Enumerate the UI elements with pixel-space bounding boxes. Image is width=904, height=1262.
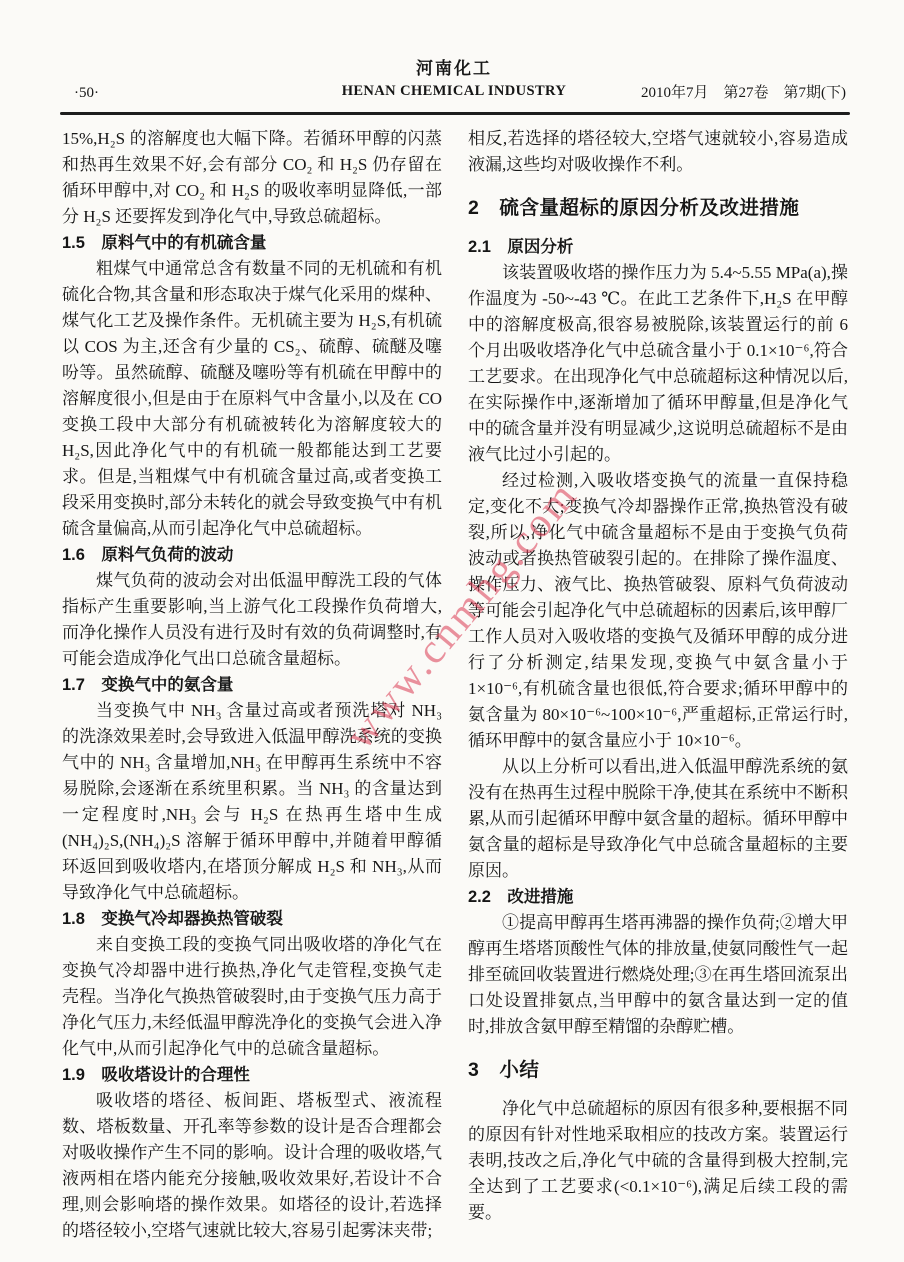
section-heading-2: 2 硫含量超标的原因分析及改进措施 — [468, 195, 848, 221]
paragraph: 当变换气中 NH₃ 含量过高或者预洗塔对 NH₃ 的洗涤效果差时,会导致进入低温… — [62, 698, 442, 906]
section-heading-1-5: 1.5 原料气中的有机硫含量 — [62, 230, 442, 256]
right-column: 相反,若选择的塔径较大,空塔气速就较小,容易造成液漏,这些均对吸收操作不利。 2… — [468, 126, 848, 1244]
paragraph: 经过检测,入吸收塔变换气的流量一直保持稳定,变化不大;变换气冷却器操作正常,换热… — [468, 468, 848, 754]
article-body: 15%,H₂S 的溶解度也大幅下降。若循环甲醇的闪蒸和热再生效果不好,会有部分 … — [62, 126, 848, 1244]
section-heading-2-1: 2.1 原因分析 — [468, 234, 848, 260]
paragraph: 相反,若选择的塔径较大,空塔气速就较小,容易造成液漏,这些均对吸收操作不利。 — [468, 126, 848, 178]
issue-info: 2010年7月 第27卷 第7期(下) — [641, 81, 846, 102]
journal-title-cn: 河南化工 — [62, 54, 846, 79]
paragraph: 煤气负荷的波动会对出低温甲醇洗工段的气体指标产生重要影响,当上游气化工段操作负荷… — [62, 568, 442, 672]
paragraph: 来自变换工段的变换气同出吸收塔的净化气在变换气冷却器中进行换热,净化气走管程,变… — [62, 932, 442, 1062]
section-heading-1-8: 1.8 变换气冷却器换热管破裂 — [62, 906, 442, 932]
journal-scan-page: ·50· 河南化工 HENAN CHEMICAL INDUSTRY 2010年7… — [0, 0, 904, 1262]
paragraph: 从以上分析可以看出,进入低温甲醇洗系统的氨没有在热再生过程中脱除干净,使其在系统… — [468, 754, 848, 884]
paragraph: 吸收塔的塔径、板间距、塔板型式、液流程数、塔板数量、开孔率等参数的设计是否合理都… — [62, 1088, 442, 1244]
section-heading-1-6: 1.6 原料气负荷的波动 — [62, 542, 442, 568]
section-heading-3: 3 小结 — [468, 1057, 848, 1083]
section-heading-1-9: 1.9 吸收塔设计的合理性 — [62, 1062, 442, 1088]
paragraph: 粗煤气中通常总含有数量不同的无机硫和有机硫化合物,其含量和形态取决于煤气化采用的… — [62, 256, 442, 542]
paragraph: 15%,H₂S 的溶解度也大幅下降。若循环甲醇的闪蒸和热再生效果不好,会有部分 … — [62, 126, 442, 230]
section-heading-2-2: 2.2 改进措施 — [468, 884, 848, 910]
paragraph: 该装置吸收塔的操作压力为 5.4~5.55 MPa(a),操作温度为 -50~-… — [468, 260, 848, 468]
header-divider — [60, 112, 850, 115]
page-header: ·50· 河南化工 HENAN CHEMICAL INDUSTRY 2010年7… — [62, 54, 846, 104]
paragraph: 净化气中总硫超标的原因有很多种,要根据不同的原因有针对性地采取相应的技改方案。装… — [468, 1096, 848, 1226]
left-column: 15%,H₂S 的溶解度也大幅下降。若循环甲醇的闪蒸和热再生效果不好,会有部分 … — [62, 126, 442, 1244]
paragraph: ①提高甲醇再生塔再沸器的操作负荷;②增大甲醇再生塔塔顶酸性气体的排放量,使氨同酸… — [468, 910, 848, 1040]
section-heading-1-7: 1.7 变换气中的氨含量 — [62, 672, 442, 698]
